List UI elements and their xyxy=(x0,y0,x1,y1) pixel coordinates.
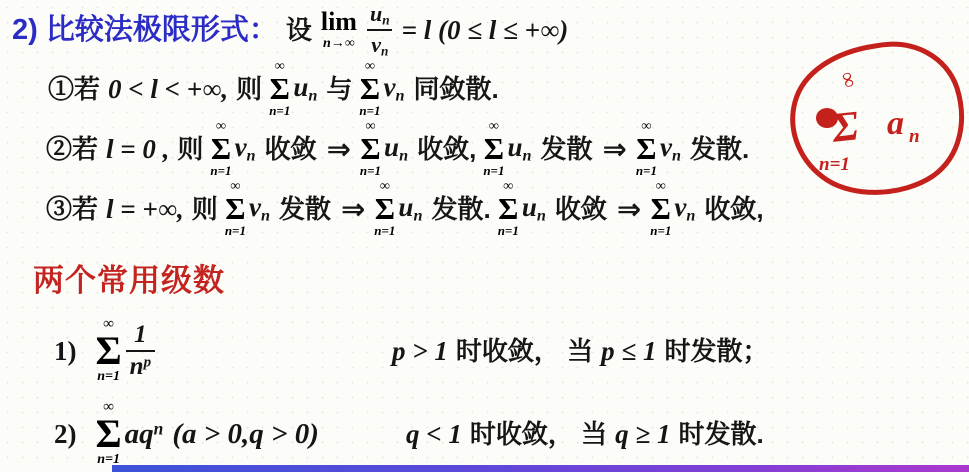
sigma-lower-limit: n=1 xyxy=(225,224,246,238)
series-sum: ∞Σn=1vn xyxy=(636,120,683,177)
math-text: p ≤ 1 xyxy=(601,338,656,365)
text-cn: 收敛, xyxy=(704,196,763,222)
text-cn: 发散 xyxy=(541,136,593,162)
series-sum: ∞Σn=1aqn xyxy=(96,400,166,468)
series-sum: ∞Σn=1un xyxy=(269,60,319,117)
text-cn: 发散. xyxy=(690,136,749,162)
math-subscript: n xyxy=(382,13,389,28)
text-cn: 发散 xyxy=(279,196,331,222)
annotation-sigma-icon: Σ xyxy=(829,103,861,152)
math-base: u xyxy=(522,192,537,222)
math-term: vn xyxy=(384,74,405,104)
annotation-lower-limit: n=1 xyxy=(819,154,850,175)
series-sum: ∞Σn=1vn xyxy=(650,180,697,237)
comparison-point-3: ③若l = +∞,则∞Σn=1vn发散⇒∞Σn=1un发散.∞Σn=1un收敛⇒… xyxy=(42,178,768,240)
series-sum: ∞Σn=1un xyxy=(483,120,533,177)
sigma-icon: Σ xyxy=(651,194,671,223)
text-cn: ①若 xyxy=(48,76,100,102)
series-formula: ∞Σn=1aqn(a > 0,q > 0) xyxy=(93,400,323,468)
math-subscript: n xyxy=(686,207,695,225)
math-subscript: n xyxy=(522,147,531,165)
math-term: un xyxy=(366,2,394,29)
sigma-icon: Σ xyxy=(636,134,656,163)
math-term: np xyxy=(126,350,155,380)
math-superscript: p xyxy=(144,354,152,370)
series-sum: ∞Σn=1un xyxy=(498,180,548,237)
sigma-notation: ∞Σn=1 xyxy=(374,180,395,237)
sigma-lower-limit: n=1 xyxy=(483,164,504,178)
lecture-slide: 2) 比较法极限形式：设limn→∞unvn= l (0 ≤ l ≤ +∞) ①… xyxy=(0,0,969,472)
series-item-1-note: p > 1时收敛， 当p ≤ 1时发散； xyxy=(388,310,772,392)
math-text: p > 1 xyxy=(392,338,448,365)
series-sum: ∞Σn=1vn xyxy=(225,180,272,237)
math-base: n xyxy=(130,353,144,380)
text-cn: ②若 xyxy=(46,136,98,162)
math-base: v xyxy=(660,132,672,162)
math-text: q ≥ 1 xyxy=(615,421,670,448)
series-sum: ∞Σn=1vn xyxy=(359,60,406,117)
implies-arrow-icon: ⇒ xyxy=(341,195,365,224)
text-cn: 则 xyxy=(236,76,262,102)
sigma-icon: Σ xyxy=(96,332,122,370)
sigma-notation: ∞Σn=1 xyxy=(636,120,657,177)
sigma-notation: ∞Σn=1 xyxy=(96,317,122,385)
implies-arrow-icon: ⇒ xyxy=(617,195,641,224)
sigma-notation: ∞Σn=1 xyxy=(269,60,290,117)
text-cn: 设 xyxy=(286,17,312,43)
math-term: vn xyxy=(249,194,270,224)
series-item-2-note: q < 1时收敛， 当q ≥ 1时发散. xyxy=(402,398,768,470)
math-term: vn xyxy=(367,29,392,59)
math-term: un xyxy=(398,194,422,224)
math-term: un xyxy=(522,194,546,224)
text-cn: 时收敛， 当 xyxy=(470,421,607,447)
series-sum: ∞Σn=11np xyxy=(96,317,160,385)
math-text: = l (0 ≤ l ≤ +∞) xyxy=(402,17,569,44)
sigma-icon: Σ xyxy=(375,194,395,223)
math-term: vn xyxy=(235,134,256,164)
item-number-label: 2) xyxy=(54,419,77,450)
sigma-notation: ∞Σn=1 xyxy=(96,400,122,468)
math-subscript: n xyxy=(247,147,256,165)
sigma-icon: Σ xyxy=(270,74,290,103)
math-text: 0 < l < +∞, xyxy=(108,76,228,103)
sigma-lower-limit: n=1 xyxy=(636,164,657,178)
fraction: unvn xyxy=(366,2,394,58)
text-cn: 时收敛， 当 xyxy=(456,338,593,364)
comparison-point-1: ①若0 < l < +∞,则∞Σn=1un与∞Σn=1vn同敛散. xyxy=(44,58,503,120)
math-term: un xyxy=(293,74,317,104)
math-subscript: n xyxy=(396,87,405,105)
math-text: l = +∞, xyxy=(106,196,184,223)
sigma-lower-limit: n=1 xyxy=(210,164,231,178)
math-subscript: n xyxy=(261,207,270,225)
math-term: vn xyxy=(660,134,681,164)
sigma-lower-limit: n=1 xyxy=(650,224,671,238)
series-formula: ∞Σn=11np xyxy=(93,317,163,385)
math-base: aq xyxy=(125,418,154,450)
math-base: v xyxy=(384,72,396,102)
sigma-notation: ∞Σn=1 xyxy=(360,120,381,177)
annotation-term: a xyxy=(887,105,904,142)
item-number-label: 1) xyxy=(54,336,77,367)
text-cn: 时发散； xyxy=(664,338,768,364)
limit-subscript: n→∞ xyxy=(323,37,355,51)
text-cn: ③若 xyxy=(46,196,98,222)
math-base: v xyxy=(371,32,381,57)
text-cn: 则 xyxy=(192,196,218,222)
math-subscript: n xyxy=(399,147,408,165)
sigma-notation: ∞Σn=1 xyxy=(498,180,519,237)
math-term: un xyxy=(507,134,531,164)
math-base: u xyxy=(507,132,522,162)
math-subscript: n xyxy=(413,207,422,225)
text-cn: 与 xyxy=(326,76,352,102)
sigma-notation: ∞Σn=1 xyxy=(650,180,671,237)
implies-arrow-icon: ⇒ xyxy=(327,135,351,164)
limit-label: lim xyxy=(321,9,357,35)
math-subscript: n xyxy=(672,147,681,165)
text-cn: 收敛 xyxy=(265,136,317,162)
math-subscript: n xyxy=(537,207,546,225)
sigma-notation: ∞Σn=1 xyxy=(483,120,504,177)
series-sum: ∞Σn=1un xyxy=(374,180,424,237)
math-term: un xyxy=(384,134,408,164)
sigma-icon: Σ xyxy=(498,194,518,223)
text-cn: 收敛 xyxy=(555,196,607,222)
title-label: 2) 比较法极限形式： xyxy=(12,16,278,45)
sigma-notation: ∞Σn=1 xyxy=(210,120,231,177)
sigma-icon: Σ xyxy=(360,74,380,103)
math-subscript: n xyxy=(381,43,388,58)
sigma-notation: ∞Σn=1 xyxy=(359,60,380,117)
series-sum: ∞Σn=1un xyxy=(360,120,410,177)
math-base: u xyxy=(293,72,308,102)
sigma-icon: Σ xyxy=(360,134,380,163)
math-text: l = 0 , xyxy=(106,136,169,163)
math-base: v xyxy=(674,192,686,222)
math-subscript: n xyxy=(308,87,317,105)
annotation-infinity-icon: ∞ xyxy=(835,68,864,91)
math-text: (a > 0,q > 0) xyxy=(172,420,319,449)
math-base: u xyxy=(370,1,382,26)
title-line: 2) 比较法极限形式：设limn→∞unvn= l (0 ≤ l ≤ +∞) xyxy=(8,0,572,60)
sigma-lower-limit: n=1 xyxy=(360,164,381,178)
handwritten-annotation: ∞ Σ n=1 a n xyxy=(775,36,969,201)
fraction: 1np xyxy=(126,322,155,380)
sigma-icon: Σ xyxy=(96,415,122,453)
math-term: aqn xyxy=(125,420,164,449)
math-term: 1 xyxy=(130,322,151,349)
implies-arrow-icon: ⇒ xyxy=(603,135,627,164)
text-cn: 同敛散. xyxy=(414,76,499,102)
text-cn: 发散. xyxy=(431,196,490,222)
text-cn: 收敛, xyxy=(417,136,476,162)
sigma-icon: Σ xyxy=(484,134,504,163)
sigma-notation: ∞Σn=1 xyxy=(225,180,246,237)
progress-gradient-bar xyxy=(112,465,969,472)
sigma-lower-limit: n=1 xyxy=(269,104,290,118)
math-base: 1 xyxy=(134,321,147,348)
text-cn: 则 xyxy=(177,136,203,162)
math-base: u xyxy=(398,192,413,222)
series-item-1-formula: 1) ∞Σn=11np xyxy=(54,310,162,392)
math-base: u xyxy=(384,132,399,162)
sigma-icon: Σ xyxy=(225,194,245,223)
sigma-lower-limit: n=1 xyxy=(498,224,519,238)
math-term: vn xyxy=(674,194,695,224)
math-base: v xyxy=(235,132,247,162)
series-sum: ∞Σn=1vn xyxy=(210,120,257,177)
sigma-icon: Σ xyxy=(211,134,231,163)
series-item-2-formula: 2) ∞Σn=1aqn(a > 0,q > 0) xyxy=(54,398,323,470)
math-text: q < 1 xyxy=(406,421,462,448)
sigma-lower-limit: n=1 xyxy=(359,104,380,118)
sigma-lower-limit: n=1 xyxy=(97,370,120,385)
text-cn: 时发散. xyxy=(678,421,763,447)
limit-notation: limn→∞ xyxy=(321,9,357,51)
math-superscript: n xyxy=(154,418,164,438)
math-base: v xyxy=(249,192,261,222)
sigma-lower-limit: n=1 xyxy=(374,224,395,238)
annotation-term-subscript: n xyxy=(909,126,920,147)
section-heading: 两个常用级数 xyxy=(33,255,225,300)
comparison-point-2: ②若l = 0 ,则∞Σn=1vn收敛⇒∞Σn=1un收敛,∞Σn=1un发散⇒… xyxy=(42,118,753,180)
